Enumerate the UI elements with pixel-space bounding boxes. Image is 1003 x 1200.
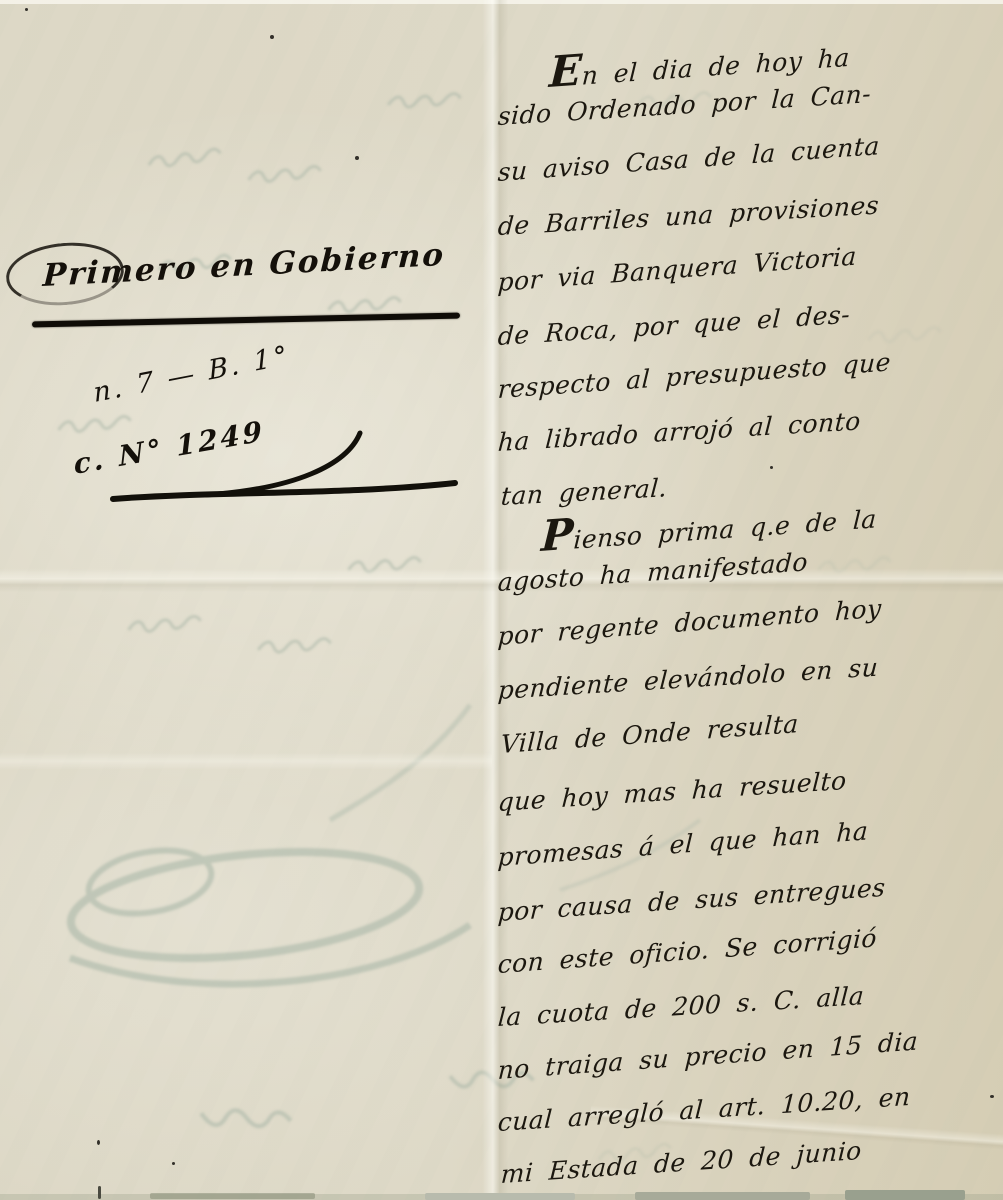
ink-tail-flourish bbox=[55, 425, 475, 525]
horizontal-fold-crease-2 bbox=[0, 752, 492, 770]
manuscript-page: Primero en Gobierno n. 7 — B. 1° c. N° 1… bbox=[0, 0, 1003, 1200]
